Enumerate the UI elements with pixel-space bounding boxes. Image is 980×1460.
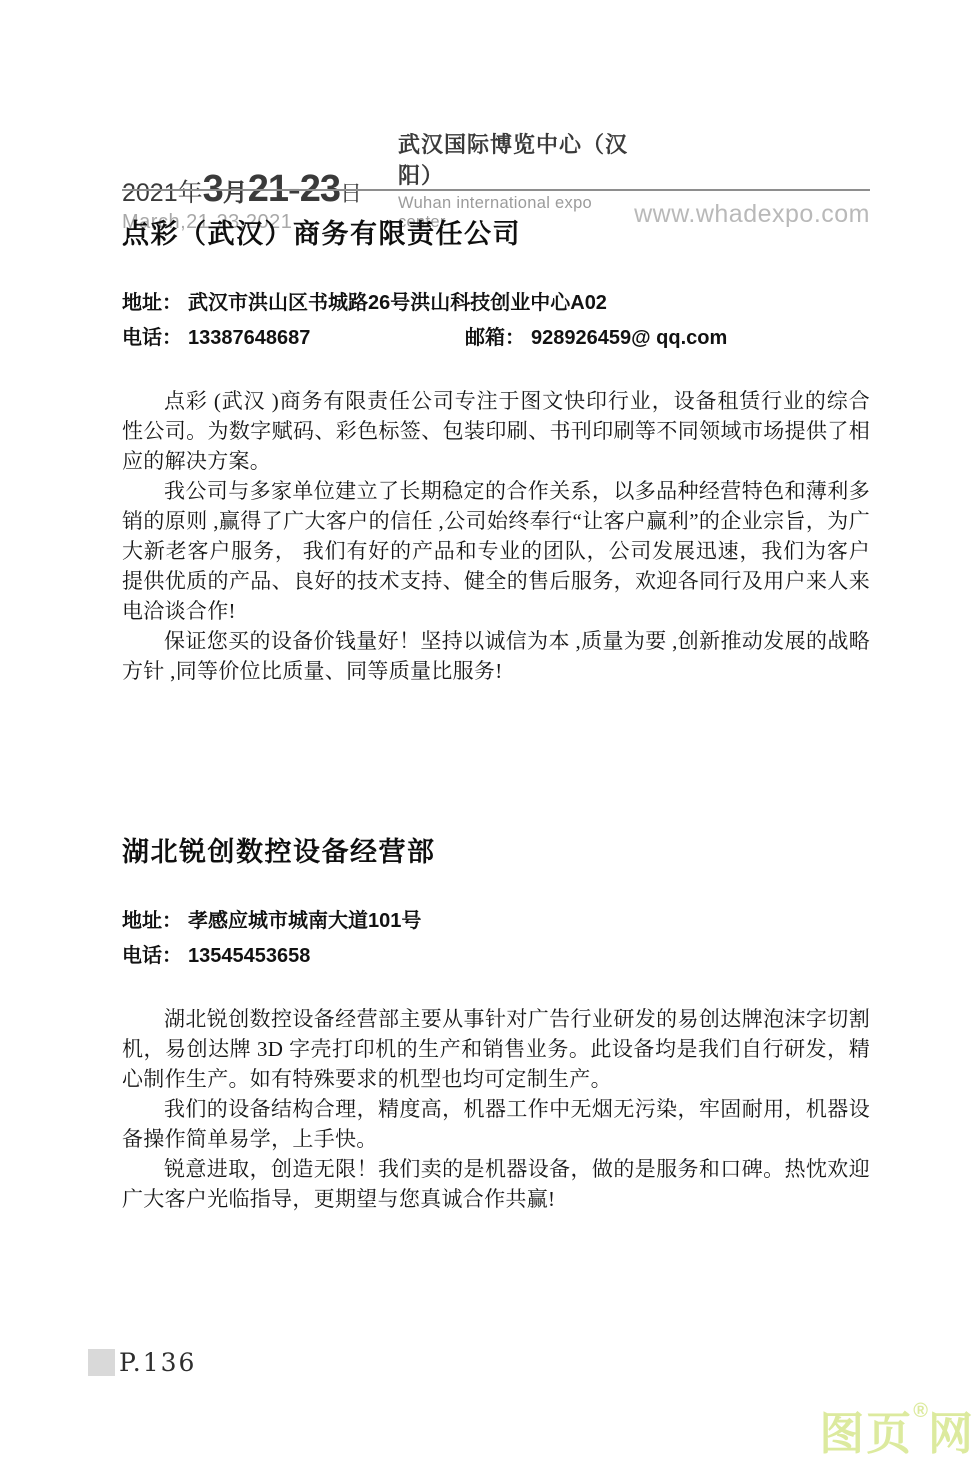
company-description: 湖北锐创数控设备经营部主要从事针对广告行业研发的易创达牌泡沫字切割机，易创达牌 … [122, 1004, 870, 1214]
company-contact: 地址：孝感应城市城南大道101号 电话：13545453658 [122, 904, 870, 974]
watermark-logo: 图页®网 [819, 1411, 975, 1456]
venue-name-cn: 武汉国际博览中心（汉阳） [398, 128, 634, 190]
phone-value: 13387648687 [188, 327, 310, 349]
phone-value: 13545453658 [188, 945, 310, 967]
address-row: 地址：武汉市洪山区书城路26号洪山科技创业中心A02 [122, 286, 870, 321]
phone-label: 电话： [122, 945, 182, 967]
description-paragraph: 锐意进取，创造无限！我们卖的是机器设备，做的是服务和口碑。热忱欢迎广大客户光临指… [122, 1154, 870, 1214]
email-value: 928926459@ qq.com [531, 327, 727, 349]
address-row: 地址：孝感应城市城南大道101号 [122, 904, 870, 939]
watermark-text-left: 图页 [819, 1408, 913, 1459]
description-paragraph: 我们的设备结构合理，精度高，机器工作中无烟无污染，牢固耐用，机器设备操作简单易学… [122, 1094, 870, 1154]
date-year: 2021年 [122, 179, 203, 207]
description-paragraph: 保证您买的设备价钱量好！坚持以诚信为本 ,质量为要 ,创新推动发展的战略方针 ,… [122, 626, 870, 686]
description-paragraph: 点彩 (武汉 )商务有限责任公司专注于图文快印行业，设备租赁行业的综合性公司。为… [122, 386, 870, 476]
address-label: 地址： [122, 910, 182, 932]
phone-row: 电话：13545453658 [122, 939, 870, 974]
registered-trademark-icon: ® [913, 1400, 928, 1422]
date-month-suffix: 月 [223, 179, 248, 207]
address-value: 孝感应城市城南大道101号 [188, 910, 421, 932]
address-value: 武汉市洪山区书城路26号洪山科技创业中心A02 [188, 292, 607, 314]
page-number-marker [88, 1349, 115, 1376]
catalog-page: 2021年3月21-23日 March,21-23,2021 武汉国际博览中心（… [0, 0, 980, 1460]
header-divider [122, 189, 870, 191]
watermark-text-right: 网 [928, 1408, 975, 1459]
company-section-ruichuang: 湖北锐创数控设备经营部 地址：孝感应城市城南大道101号 电话：13545453… [122, 836, 870, 1214]
company-name: 湖北锐创数控设备经营部 [122, 836, 870, 868]
description-paragraph: 湖北锐创数控设备经营部主要从事针对广告行业研发的易创达牌泡沫字切割机，易创达牌 … [122, 1004, 870, 1094]
phone-email-row: 电话：13387648687 邮箱：928926459@ qq.com [122, 321, 870, 356]
company-name: 点彩（武汉）商务有限责任公司 [122, 218, 870, 250]
description-paragraph: 我公司与多家单位建立了长期稳定的合作关系，以多品种经营特色和薄利多销的原则 ,赢… [122, 476, 870, 626]
address-label: 地址： [122, 292, 182, 314]
email-label: 邮箱： [465, 327, 525, 349]
company-contact: 地址：武汉市洪山区书城路26号洪山科技创业中心A02 电话：1338764868… [122, 286, 870, 356]
page-number: P.136 [119, 1348, 196, 1377]
phone-label: 电话： [122, 327, 182, 349]
company-section-diancai: 点彩（武汉）商务有限责任公司 地址：武汉市洪山区书城路26号洪山科技创业中心A0… [122, 218, 870, 686]
date-day-suffix: 日 [340, 181, 362, 206]
page-footer: P.136 [88, 1348, 196, 1377]
company-description: 点彩 (武汉 )商务有限责任公司专注于图文快印行业，设备租赁行业的综合性公司。为… [122, 386, 870, 686]
email-group: 邮箱：928926459@ qq.com [465, 321, 727, 356]
